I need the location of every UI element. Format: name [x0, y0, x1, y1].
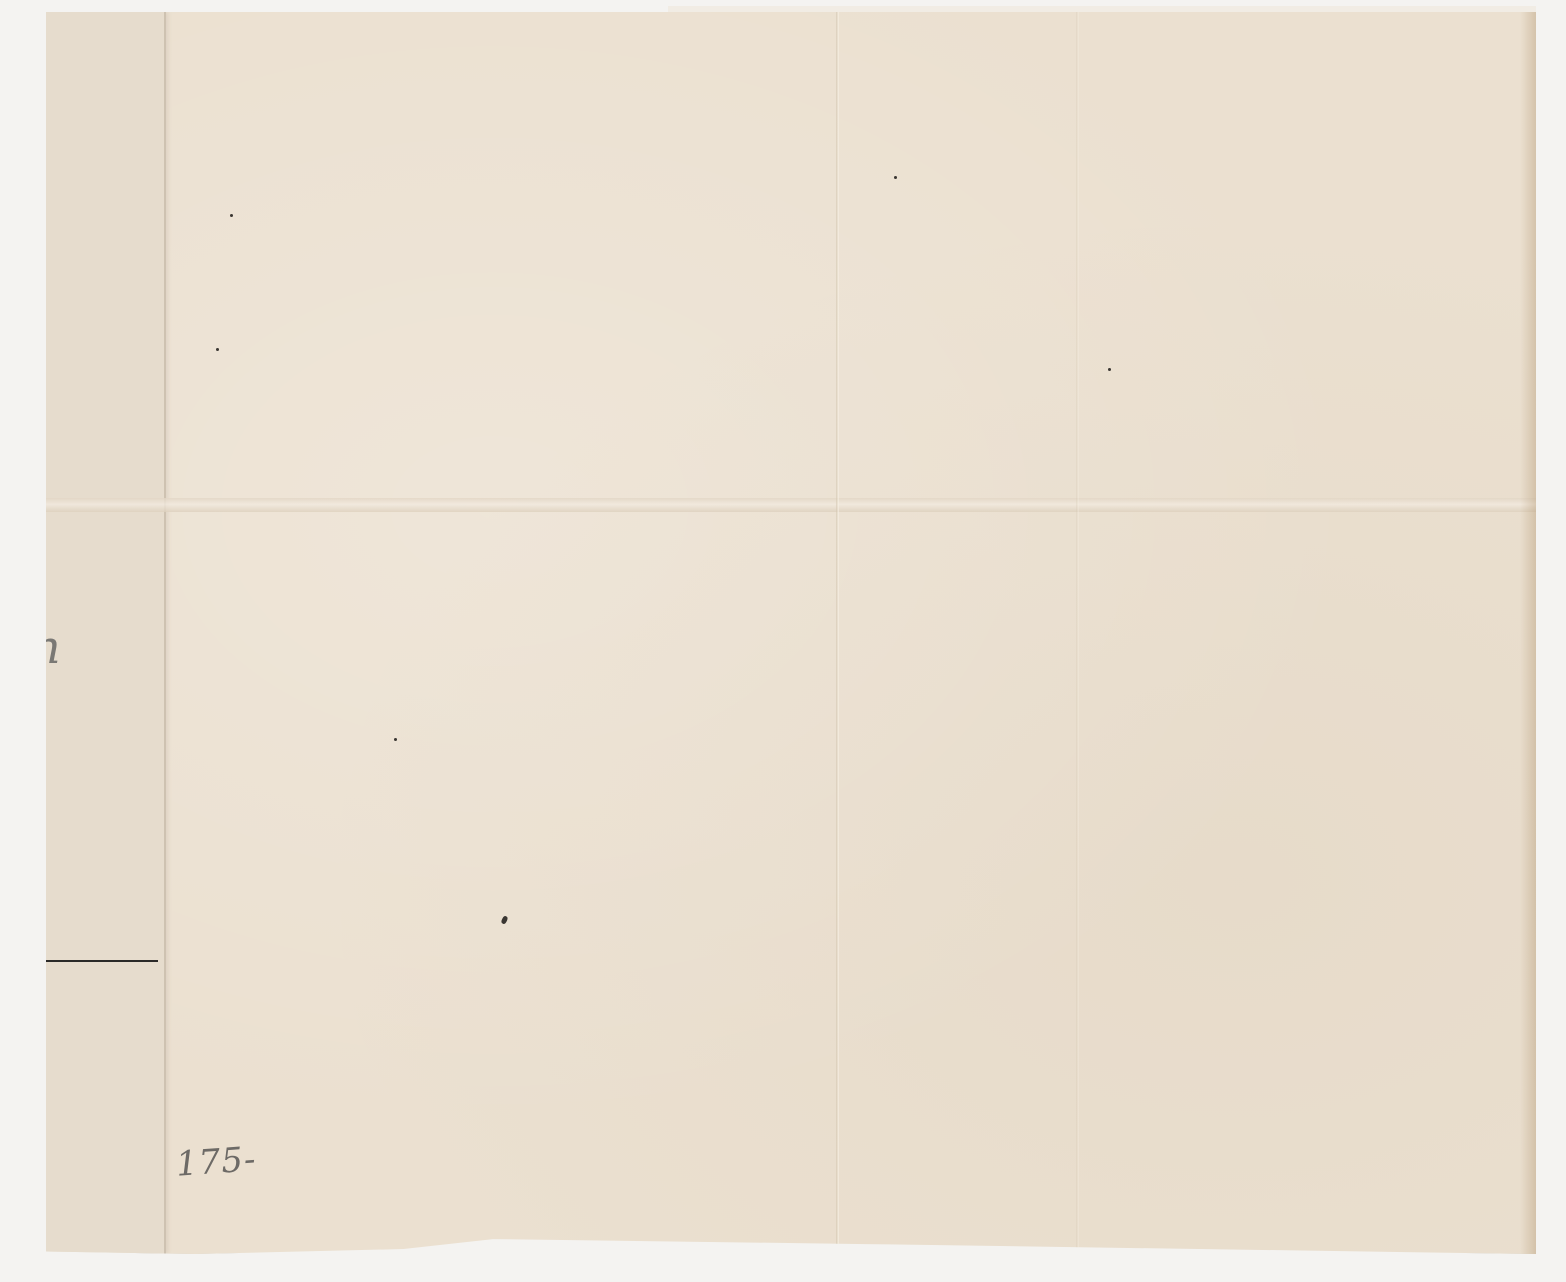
ink-speck	[894, 176, 897, 179]
ink-speck	[501, 915, 509, 924]
horizontal-fold-crease	[46, 498, 1536, 512]
ink-speck	[216, 348, 219, 351]
ink-speck	[1108, 368, 1111, 371]
ink-rule-line	[38, 960, 158, 962]
vertical-fold-crease	[836, 12, 839, 1254]
edge-stain	[1520, 12, 1536, 1254]
folded-flap	[46, 12, 166, 1254]
ink-speck	[230, 214, 233, 217]
ink-speck	[394, 738, 397, 741]
handwritten-fragment: h	[32, 620, 62, 674]
pencil-annotation: 175-	[175, 1139, 258, 1185]
letter-sheet: h 175-	[46, 12, 1536, 1254]
vertical-fold-crease	[1076, 12, 1079, 1254]
